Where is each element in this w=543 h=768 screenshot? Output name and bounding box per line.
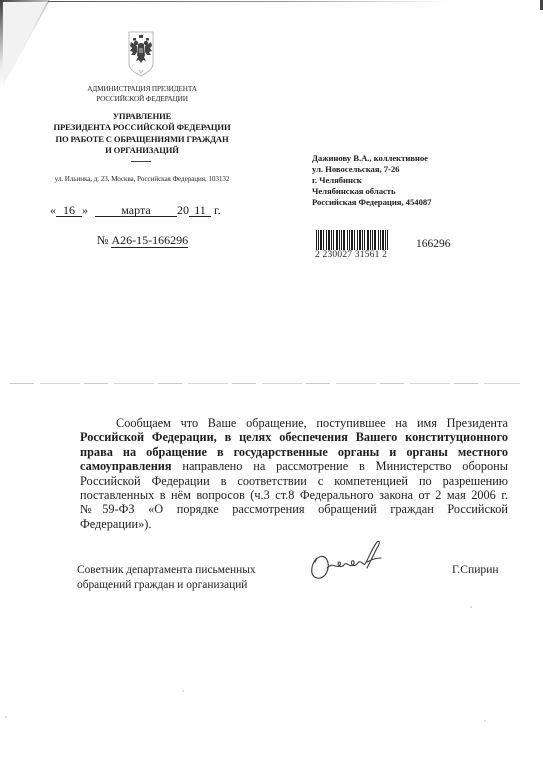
document-date: «16» марта2011 г. — [50, 203, 250, 218]
recipient-city: г. Челябинск — [312, 175, 431, 186]
date-close-quote: » — [82, 203, 88, 217]
signatory-title: Советник департамента письменных обращен… — [77, 563, 256, 592]
letterhead-department-line-1: УПРАВЛЕНИЕ — [30, 111, 254, 123]
letter-body: Сообщаем что Ваше обращение, поступившее… — [80, 416, 508, 531]
signatory-name: Г.Спирин — [452, 563, 499, 576]
barcode-bars-icon — [316, 230, 392, 250]
date-day: 16 — [56, 204, 82, 217]
letterhead-department-line-4: И ОРГАНИЗАЦИЙ — [30, 145, 254, 157]
letterhead-department-line-2: ПРЕЗИДЕНТА РОССИЙСКОЙ ФЕДЕРАЦИИ — [30, 122, 254, 134]
letterhead-administration-line-1: АДМИНИСТРАЦИЯ ПРЕЗИДЕНТА — [30, 84, 254, 94]
letterhead-address: ул. Ильинка, д. 23, Москва, Российская Ф… — [30, 175, 254, 183]
barcode-registration-number: 166296 — [416, 238, 451, 250]
paper-fold-line — [10, 383, 520, 384]
letter-body-paragraph: Сообщаем что Ваше обращение, поступившее… — [80, 416, 508, 531]
scan-speck — [484, 720, 486, 722]
date-year-suffix: г. — [214, 203, 221, 217]
letterhead-divider — [131, 161, 151, 162]
date-year: 11 — [189, 204, 211, 217]
scan-top-edge — [48, 1, 448, 2]
coat-of-arms-icon — [123, 30, 159, 78]
document-number-prefix: № — [97, 233, 108, 247]
scan-speck — [5, 716, 7, 718]
body-part-1: Сообщаем что Ваше обращение, поступившее… — [116, 416, 508, 430]
recipient-name: Дажинову В.А., коллективное — [312, 153, 431, 164]
recipient-street: ул. Новосельская, 7-26 — [312, 164, 431, 175]
barcode-digits: 2 230027 31561 2 — [315, 250, 387, 260]
letterhead-department-line-3: ПО РАБОТЕ С ОБРАЩЕНИЯМИ ГРАЖДАН — [30, 134, 254, 146]
letterhead-administration-line-2: РОССИЙСКОЙ ФЕДЕРАЦИИ — [30, 94, 254, 104]
scanned-letter-page: АДМИНИСТРАЦИЯ ПРЕЗИДЕНТА РОССИЙСКОЙ ФЕДЕ… — [0, 0, 543, 768]
handwritten-signature-icon — [305, 538, 395, 586]
date-century: 20 — [177, 203, 189, 217]
signatory-title-line-1: Советник департамента письменных — [77, 563, 256, 578]
barcode: 2 230027 31561 2 166296 — [315, 230, 495, 266]
recipient-region: Челябинская область — [312, 186, 431, 197]
recipient-address-block: Дажинову В.А., коллективное ул. Новосель… — [312, 153, 431, 208]
document-number-value: А26-15-166296 — [111, 233, 188, 248]
recipient-country-postcode: Российская Федерация, 454087 — [312, 197, 431, 208]
scan-speck — [470, 606, 472, 608]
date-month: марта — [95, 204, 177, 217]
signatory-title-line-2: обращений граждан и организаций — [77, 578, 256, 593]
document-number: № А26-15-166296 — [97, 233, 188, 248]
scan-speck — [182, 690, 184, 692]
